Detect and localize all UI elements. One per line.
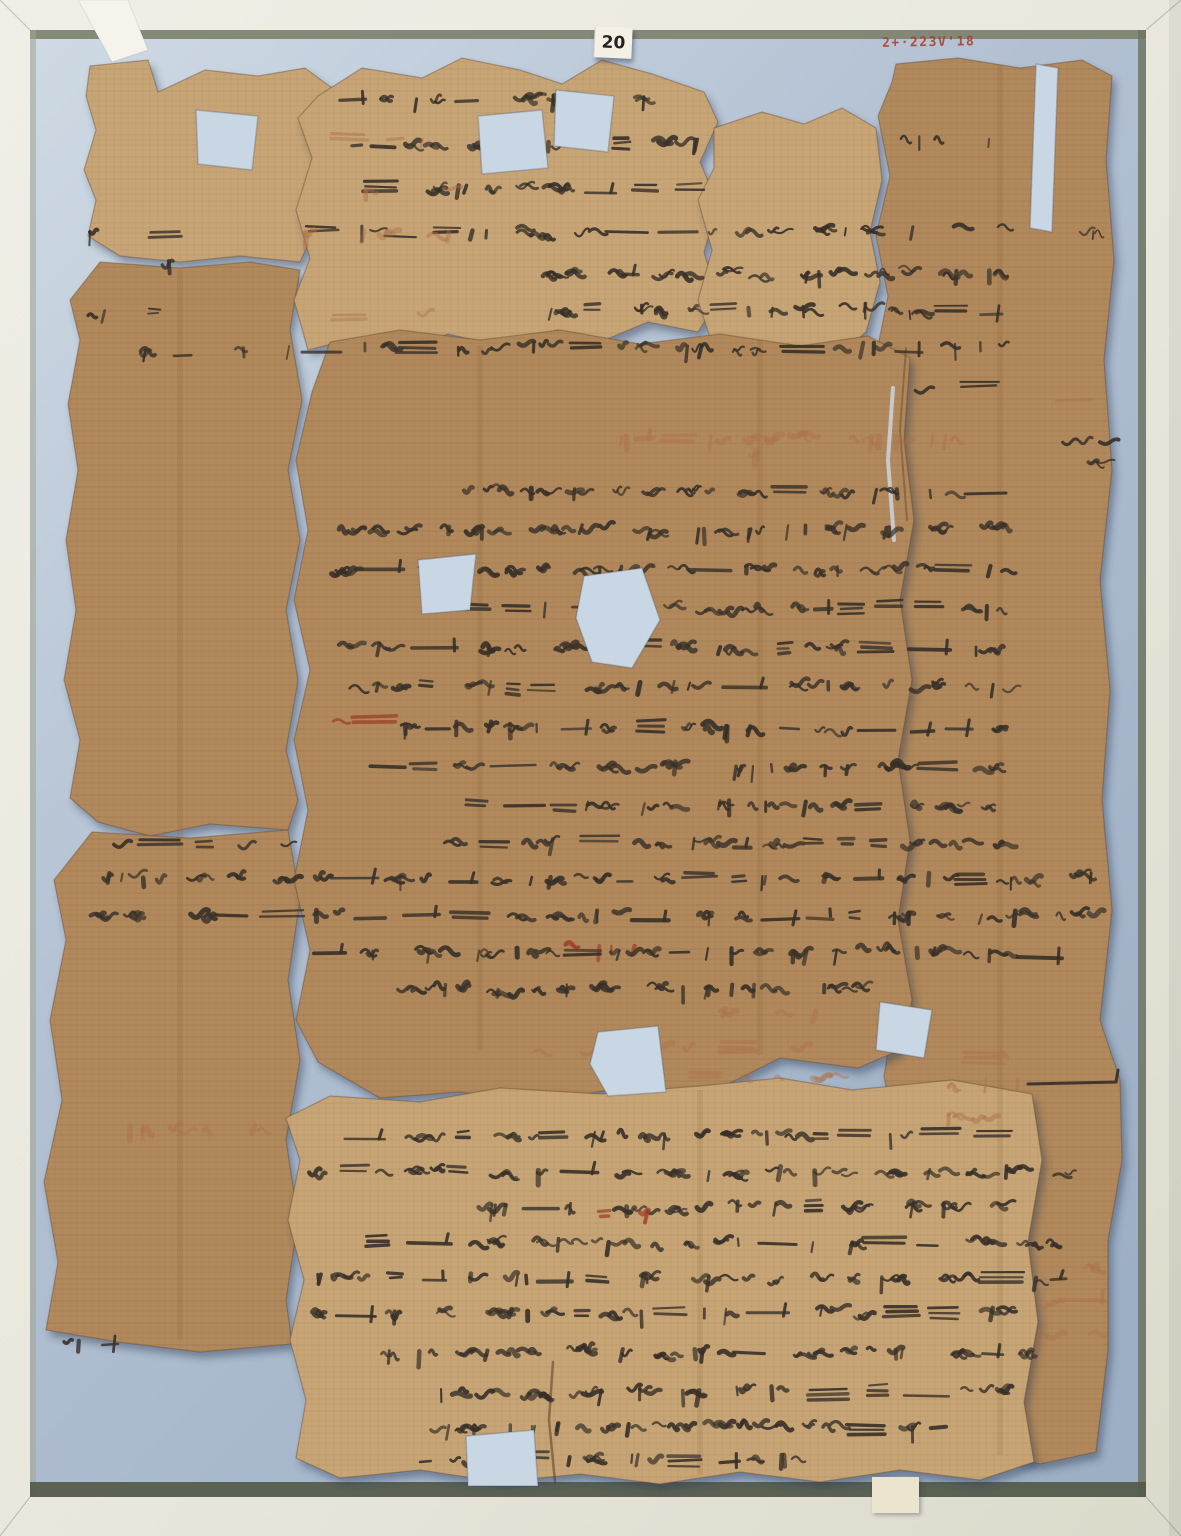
- papyrus-artwork-canvas: [0, 0, 1181, 1536]
- bottom-tag: [872, 1477, 919, 1513]
- accession-mark: 2+·223V'18: [882, 34, 976, 51]
- catalog-number: 20: [601, 32, 626, 53]
- catalog-number-tag: 20: [593, 26, 632, 59]
- framed-papyrus-photo: 20 2+·223V'18: [0, 0, 1181, 1536]
